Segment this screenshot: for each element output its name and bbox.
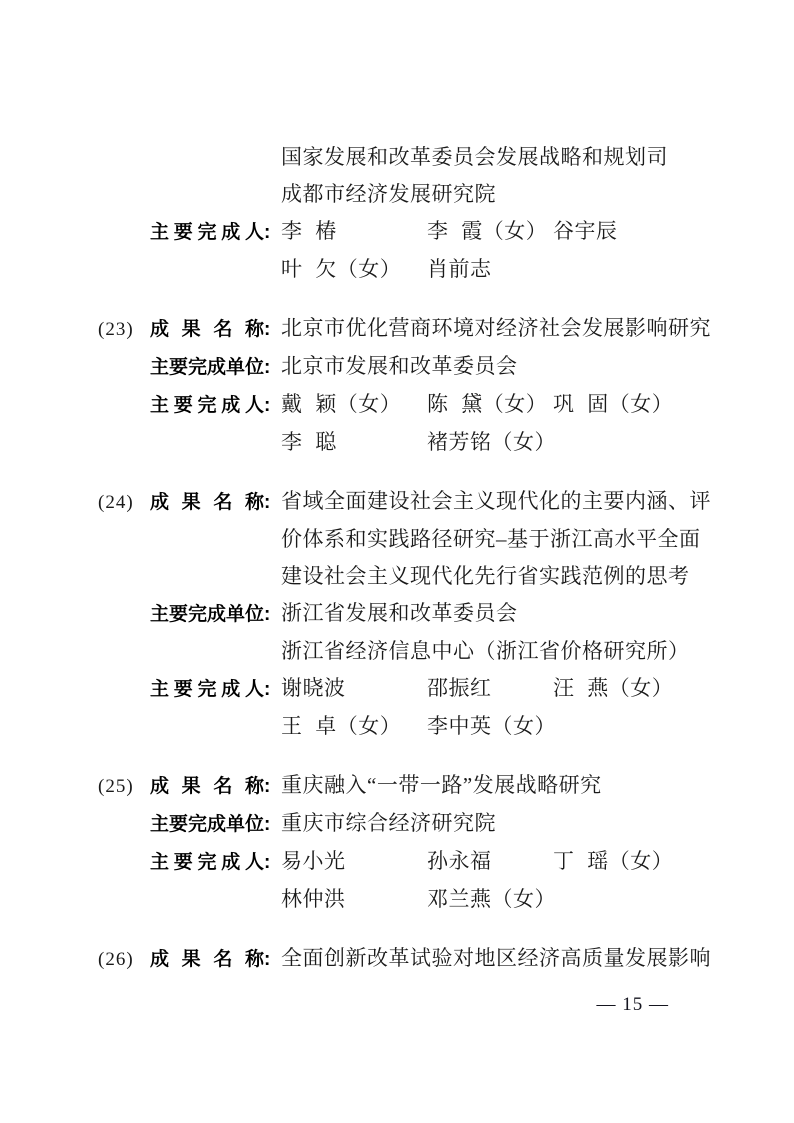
person-name: 邵振红 — [427, 670, 553, 707]
people-line: 林仲洪邓兰燕（女） — [98, 881, 750, 918]
people-names: 李 聪褚芳铭（女） — [281, 424, 750, 461]
person-name: 李 椿 — [281, 213, 427, 250]
entry-number: (26) — [98, 941, 150, 978]
title-line: (26) 成果名称: 全面创新改革试验对地区经济高质量发展影响 — [98, 940, 750, 978]
unit-line: 国家发展和改革委员会发展战略和规划司 — [98, 139, 750, 176]
entry-number: (25) — [98, 768, 150, 805]
title-line: (25) 成果名称: 重庆融入“一带一路”发展战略研究 — [98, 767, 750, 805]
result-title: 价体系和实践路径研究–基于浙江高水平全面 — [281, 521, 750, 558]
label-colon: : — [264, 776, 270, 797]
person-name: 汪 燕（女） — [553, 670, 673, 707]
result-title: 北京市优化营商环境对经济社会发展影响研究 — [281, 310, 750, 347]
unit-name: 国家发展和改革委员会发展战略和规划司 — [281, 139, 750, 176]
unit-line: 主要完成单位: 浙江省发展和改革委员会 — [98, 595, 750, 633]
title-line: 价体系和实践路径研究–基于浙江高水平全面 — [98, 521, 750, 558]
result-entry-24: (24) 成果名称: 省域全面建设社会主义现代化的主要内涵、评 价体系和实践路径… — [98, 483, 750, 745]
field-label-people: 主要完成人: — [150, 213, 281, 251]
person-name: 丁 瑶（女） — [553, 843, 673, 880]
person-name: 林仲洪 — [281, 881, 427, 918]
people-names: 戴 颖（女）陈 黛（女）巩 固（女） — [281, 386, 750, 423]
person-name: 叶 欠（女） — [281, 251, 427, 288]
result-entry-26: (26) 成果名称: 全面创新改革试验对地区经济高质量发展影响 — [98, 940, 750, 978]
label-colon: : — [264, 319, 270, 340]
result-entry-23: (23) 成果名称: 北京市优化营商环境对经济社会发展影响研究 主要完成单位: … — [98, 310, 750, 461]
label-colon: : — [264, 395, 270, 416]
person-name: 谢晓波 — [281, 670, 427, 707]
title-line: 建设社会主义现代化先行省实践范例的思考 — [98, 558, 750, 595]
field-label-name: 成果名称: — [150, 940, 281, 978]
field-label-unit: 主要完成单位: — [150, 595, 281, 633]
people-names: 叶 欠（女）肖前志 — [281, 251, 750, 288]
entry-number: (24) — [98, 484, 150, 521]
title-line: (24) 成果名称: 省域全面建设社会主义现代化的主要内涵、评 — [98, 483, 750, 521]
people-line: 叶 欠（女）肖前志 — [98, 251, 750, 288]
label-colon: : — [264, 949, 270, 970]
result-title: 重庆融入“一带一路”发展战略研究 — [281, 767, 750, 804]
title-line: (23) 成果名称: 北京市优化营商环境对经济社会发展影响研究 — [98, 310, 750, 348]
result-entry-25: (25) 成果名称: 重庆融入“一带一路”发展战略研究 主要完成单位: 重庆市综… — [98, 767, 750, 918]
people-line: 李 聪褚芳铭（女） — [98, 424, 750, 461]
label-colon: : — [264, 852, 270, 873]
label-colon: : — [264, 814, 270, 835]
unit-name: 成都市经济发展研究院 — [281, 176, 750, 213]
person-name: 陈 黛（女） — [427, 386, 553, 423]
field-label-name: 成果名称: — [150, 310, 281, 348]
person-name: 易小光 — [281, 843, 427, 880]
people-line: 主要完成人: 谢晓波邵振红汪 燕（女） — [98, 670, 750, 708]
entry-number: (23) — [98, 311, 150, 348]
person-name: 李 聪 — [281, 424, 427, 461]
label-colon: : — [264, 679, 270, 700]
field-label-unit: 主要完成单位: — [150, 805, 281, 843]
field-label-unit: 主要完成单位: — [150, 348, 281, 386]
person-name: 褚芳铭（女） — [427, 424, 553, 461]
unit-name: 北京市发展和改革委员会 — [281, 348, 750, 385]
unit-line: 浙江省经济信息中心（浙江省价格研究所） — [98, 633, 750, 670]
person-name: 李 霞（女） — [427, 213, 553, 250]
field-label-people: 主要完成人: — [150, 670, 281, 708]
person-name: 巩 固（女） — [553, 386, 673, 423]
document-body: 国家发展和改革委员会发展战略和规划司 成都市经济发展研究院 主要完成人: 李 椿… — [98, 139, 750, 978]
unit-name: 重庆市综合经济研究院 — [281, 805, 750, 842]
person-name: 谷宇辰 — [553, 213, 618, 250]
field-label-name: 成果名称: — [150, 483, 281, 521]
people-line: 主要完成人: 李 椿李 霞（女）谷宇辰 — [98, 213, 750, 251]
person-name: 孙永福 — [427, 843, 553, 880]
people-names: 谢晓波邵振红汪 燕（女） — [281, 670, 750, 707]
person-name: 邓兰燕（女） — [427, 881, 553, 918]
people-names: 林仲洪邓兰燕（女） — [281, 881, 750, 918]
field-label-people: 主要完成人: — [150, 386, 281, 424]
result-title: 省域全面建设社会主义现代化的主要内涵、评 — [281, 483, 750, 520]
field-label-name: 成果名称: — [150, 767, 281, 805]
person-name: 李中英（女） — [427, 708, 553, 745]
label-colon: : — [264, 222, 270, 243]
people-names: 李 椿李 霞（女）谷宇辰 — [281, 213, 750, 250]
person-name: 戴 颖（女） — [281, 386, 427, 423]
page-number: — 15 — — [597, 994, 670, 1016]
label-colon: : — [264, 357, 270, 378]
label-colon: : — [264, 492, 270, 513]
field-label-people: 主要完成人: — [150, 843, 281, 881]
people-names: 易小光孙永福丁 瑶（女） — [281, 843, 750, 880]
people-line: 王 卓（女）李中英（女） — [98, 708, 750, 745]
people-names: 王 卓（女）李中英（女） — [281, 708, 750, 745]
people-line: 主要完成人: 戴 颖（女）陈 黛（女）巩 固（女） — [98, 386, 750, 424]
result-title: 建设社会主义现代化先行省实践范例的思考 — [281, 558, 750, 595]
unit-line: 主要完成单位: 重庆市综合经济研究院 — [98, 805, 750, 843]
result-title: 全面创新改革试验对地区经济高质量发展影响 — [281, 940, 750, 977]
unit-name: 浙江省经济信息中心（浙江省价格研究所） — [281, 633, 750, 670]
person-name: 王 卓（女） — [281, 708, 427, 745]
people-line: 主要完成人: 易小光孙永福丁 瑶（女） — [98, 843, 750, 881]
person-name: 肖前志 — [427, 251, 553, 288]
result-entry-continuation: 国家发展和改革委员会发展战略和规划司 成都市经济发展研究院 主要完成人: 李 椿… — [98, 139, 750, 288]
unit-line: 成都市经济发展研究院 — [98, 176, 750, 213]
unit-name: 浙江省发展和改革委员会 — [281, 595, 750, 632]
unit-line: 主要完成单位: 北京市发展和改革委员会 — [98, 348, 750, 386]
label-colon: : — [264, 604, 270, 625]
